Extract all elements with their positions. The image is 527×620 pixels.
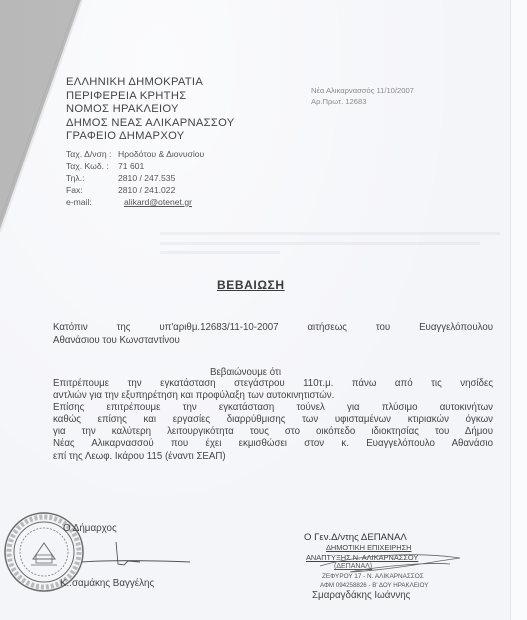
director-name: Σμαραγδάκης Ιωάννης xyxy=(312,590,410,601)
protocol-number: Αρ.Πρωτ. 12683 xyxy=(311,96,414,107)
body-line: Νέας Αλικαρνασσού που έχει εκμισθώσει στ… xyxy=(53,438,493,450)
fax-label: Fax: xyxy=(66,184,118,196)
mayor-signature xyxy=(80,540,200,570)
director-title: Ο Γεν.Δ/ντης ΔΕΠΑΝΑΛ xyxy=(304,532,407,543)
address-label: Ταχ. Δ/νση : xyxy=(66,148,118,160)
letterhead-line: ΝΟΜΟΣ ΗΡΑΚΛΕΙΟΥ xyxy=(66,103,235,117)
body-line: Επίσης επιτρέπουμε την εγκατάσταση τούνε… xyxy=(53,402,493,414)
phone-label: Τηλ.: xyxy=(66,172,118,184)
bleed-through xyxy=(160,251,280,254)
email-link[interactable]: alikard@otenet.gr xyxy=(118,196,192,208)
reference-block: Νέα Αλικαρνασσός 11/10/2007 Αρ.Πρωτ. 126… xyxy=(311,85,414,107)
intro-paragraph: Κατόπιν της υπ'αριθμ.12683/11-10-2007 αι… xyxy=(53,321,493,347)
letterhead-line: ΠΕΡΙΦΕΡΕΙΑ ΚΡΗΤΗΣ xyxy=(66,90,235,104)
certificate-body: Επιτρέπουμε την εγκατάσταση στεγάστρου 1… xyxy=(53,378,493,463)
intro-line: Αθανάσιου του Κωνσταντίνου xyxy=(53,334,493,347)
body-line: αντλιών για την εξυπηρέτηση και προφύλαξ… xyxy=(53,390,493,402)
letterhead-line: ΓΡΑΦΕΙΟ ΔΗΜΑΡΧΟΥ xyxy=(66,130,235,144)
bleed-through xyxy=(160,232,500,235)
letterhead-line: ΕΛΛΗΝΙΚΗ ΔΗΜΟΚΡΑΤΙΑ xyxy=(66,76,235,90)
phone-value: 2810 / 247.535 xyxy=(118,172,175,184)
director-signature xyxy=(310,548,470,578)
email-label: e-mail: xyxy=(66,196,118,208)
certify-heading: Βεβαιώνουμε ότι xyxy=(210,367,281,378)
intro-line: Κατόπιν της υπ'αριθμ.12683/11-10-2007 αι… xyxy=(53,321,493,334)
contact-info: Ταχ. Δ/νση :Ηροδότου & Διονυσίου Ταχ. Κω… xyxy=(66,148,204,208)
stamp-line: ΑΦΜ 094258826 - Β' ΔΟΥ ΗΡΑΚΛΕΙΟΥ xyxy=(320,582,428,589)
postcode-label: Ταχ. Κωδ. : xyxy=(66,160,118,172)
mayor-title: Ο Δήμαρχος xyxy=(63,523,117,534)
letterhead: ΕΛΛΗΝΙΚΗ ΔΗΜΟΚΡΑΤΙΑ ΠΕΡΙΦΕΡΕΙΑ ΚΡΗΤΗΣ ΝΟ… xyxy=(66,76,235,144)
body-line: επί της Λεωφ. Ικάρου 115 (έναντι ΣΕΑΠ) xyxy=(53,451,493,463)
postcode-value: 71 601 xyxy=(118,160,144,172)
place-date: Νέα Αλικαρνασσός 11/10/2007 xyxy=(311,85,414,96)
mayor-name: Κ..σαμάκης Βαγγέλης xyxy=(60,578,154,589)
fax-value: 2810 / 241.022 xyxy=(118,184,175,196)
bleed-through xyxy=(160,242,480,245)
body-line: για την καλύτερη λειτουργικότητα τους στ… xyxy=(53,426,493,438)
body-line: Επιτρέπουμε την εγκατάσταση στεγάστρου 1… xyxy=(53,378,493,390)
letterhead-line: ΔΗΜΟΣ ΝΕΑΣ ΑΛΙΚΑΡΝΑΣΣΟΥ xyxy=(66,117,235,131)
body-line: καθώς επίσης και εργασίες διαρρύθμισης τ… xyxy=(53,414,493,426)
document-title: ΒΕΒΑΙΩΣΗ xyxy=(217,278,285,292)
address-value: Ηροδότου & Διονυσίου xyxy=(118,148,204,160)
page-right-edge xyxy=(510,0,527,620)
